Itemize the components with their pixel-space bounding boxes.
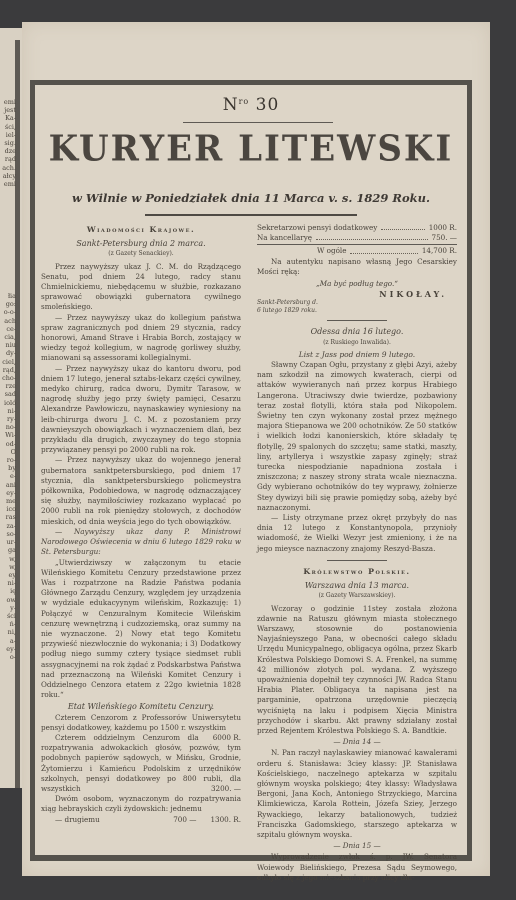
article-paragraph: Sławny Czapan Ogłu, przystany z głębi Az… <box>257 360 457 513</box>
article-paragraph: Przez naywyższy ukaz J. C. M. do Rządząc… <box>41 262 241 313</box>
issue-sup: ro <box>239 97 250 106</box>
article-paragraph: — Przez naywyższy ukaz do kantoru dworu,… <box>41 364 241 456</box>
section-title-domestic-news: Wiadomości Krajowe. <box>41 225 241 235</box>
masthead-rule-top <box>183 122 333 123</box>
ledger-row: Sekretarzowi pensyi dodatkowey1000 R. <box>257 223 457 233</box>
signature-name: NIKOŁAY. <box>257 289 457 299</box>
ledger-amount: 1000 R. <box>429 223 457 233</box>
ledger-total-amount: 14,700 R. <box>422 246 457 256</box>
section-divider <box>327 560 387 561</box>
signature-date: 6 lutego 1829 roku. <box>257 307 457 315</box>
newspaper-title: KURYER LITEWSKI <box>35 128 467 170</box>
article-paragraph: — Przez naywyższy ukaz do wojennego jene… <box>41 455 241 526</box>
etat-title: Etat Wileńskiego Komitetu Cenzury. <box>41 702 241 712</box>
dateline: w Wilnie w Poniedziałek dnia 11 Marca v.… <box>35 191 467 205</box>
article-paragraph: — Listy otrzymane przez okręt przybyły d… <box>257 513 457 554</box>
etat-item-amount: 700 — <box>159 815 196 825</box>
ledger-total: W ogóle14,700 R. <box>257 244 457 256</box>
article-paragraph: Wyprowadzenie zwłok ś. p. JW. Senatora W… <box>257 852 457 883</box>
article-paragraph: — Przez naywyższy ukaz do kollegium pańs… <box>41 313 241 364</box>
article-paragraph: N. Pan raczył naylaskawiey mianować kawa… <box>257 748 457 840</box>
day-heading-14: — Dnia 14 — <box>257 737 457 747</box>
previous-page-fragment-bottom: łiago:o-o-achce-cia,niudy-ciel,rąd,cho-r… <box>0 292 16 661</box>
ledger-amount: 750. — <box>432 233 457 243</box>
place-date-odessa: Odessa dnia 16 lutego. <box>257 327 457 337</box>
letter-subtitle: List z Jass pod dniem 9 lutego. <box>257 350 457 360</box>
etat-item-text: Czterem Cenzorom z Professorów Uniwersyt… <box>41 713 241 732</box>
day-heading-15: — Dnia 15 — <box>257 841 457 851</box>
section-title-kingdom-poland: Królewstwo Polskie. <box>257 567 457 577</box>
authentic-note: Na autentyku napisano własną Jego Cesars… <box>257 257 457 277</box>
source-note: (z Gazety Senackiey). <box>41 249 241 259</box>
source-note: (z Gazety Warszawskiey). <box>257 591 457 601</box>
issue-number-value: 30 <box>256 95 280 115</box>
page-border-frame: Nro 30 KURYER LITEWSKI w Wilnie w Ponied… <box>30 80 472 861</box>
ledger-label: Na kancellaryę <box>257 233 312 243</box>
left-column: Wiadomości Krajowe. Sankt-Petersburg dni… <box>41 223 241 825</box>
article-paragraph: — Naywyższy ukaz dany P. Ministrowi Naro… <box>41 527 241 558</box>
previous-page-fragment-top: emijestKa-ści,iel-sig.dzerądach.ałcyemi <box>0 98 16 188</box>
ledger-total-label: W ogóle <box>257 246 346 256</box>
masthead-rule-bottom <box>145 214 357 216</box>
right-column: Sekretarzowi pensyi dodatkowey1000 R. Na… <box>257 223 457 883</box>
signature-quote: „Ma być podług tego.“ <box>257 279 457 289</box>
etat-item-text: — drugiemu <box>55 815 100 824</box>
ledger-label: Sekretarzowi pensyi dodatkowey <box>257 223 377 233</box>
newspaper-page: Nro 30 KURYER LITEWSKI w Wilnie w Ponied… <box>22 22 490 876</box>
source-note: (z Ruskiego Inwalida). <box>257 338 457 348</box>
place-date-petersburg: Sankt-Petersburg dnia 2 marca. <box>41 239 241 249</box>
etat-item-amount: 3200. — <box>197 784 241 794</box>
article-paragraph: Wczoray o godzinie 11stey została złożon… <box>257 604 457 737</box>
etat-item: Dwóm osobom, wyznaczonym do rozpatrywani… <box>41 794 241 814</box>
signature-place: Sankt-Petersburg d. <box>257 299 457 307</box>
place-date-warsaw: Warszawa dnia 13 marca. <box>257 581 457 591</box>
etat-item-amount: 6000 R. <box>199 733 241 743</box>
article-paragraph: „Utwierdziwszy w załączonym tu etacie Wi… <box>41 558 241 701</box>
previous-page-edge: emijestKa-ści,iel-sig.dzerądach.ałcyemi … <box>0 28 22 788</box>
ledger-row: Na kancellaryę750. — <box>257 233 457 243</box>
issue-prefix: N <box>223 95 239 115</box>
etat-item-amount: 1300. R. <box>196 815 241 825</box>
section-divider <box>327 320 387 321</box>
etat-item: Czterem Cenzorom z Professorów Uniwersyt… <box>41 713 241 733</box>
issue-number: Nro 30 <box>35 95 467 115</box>
etat-item-text: Dwóm osobom, wyznaczonym do rozpatrywani… <box>41 794 241 813</box>
